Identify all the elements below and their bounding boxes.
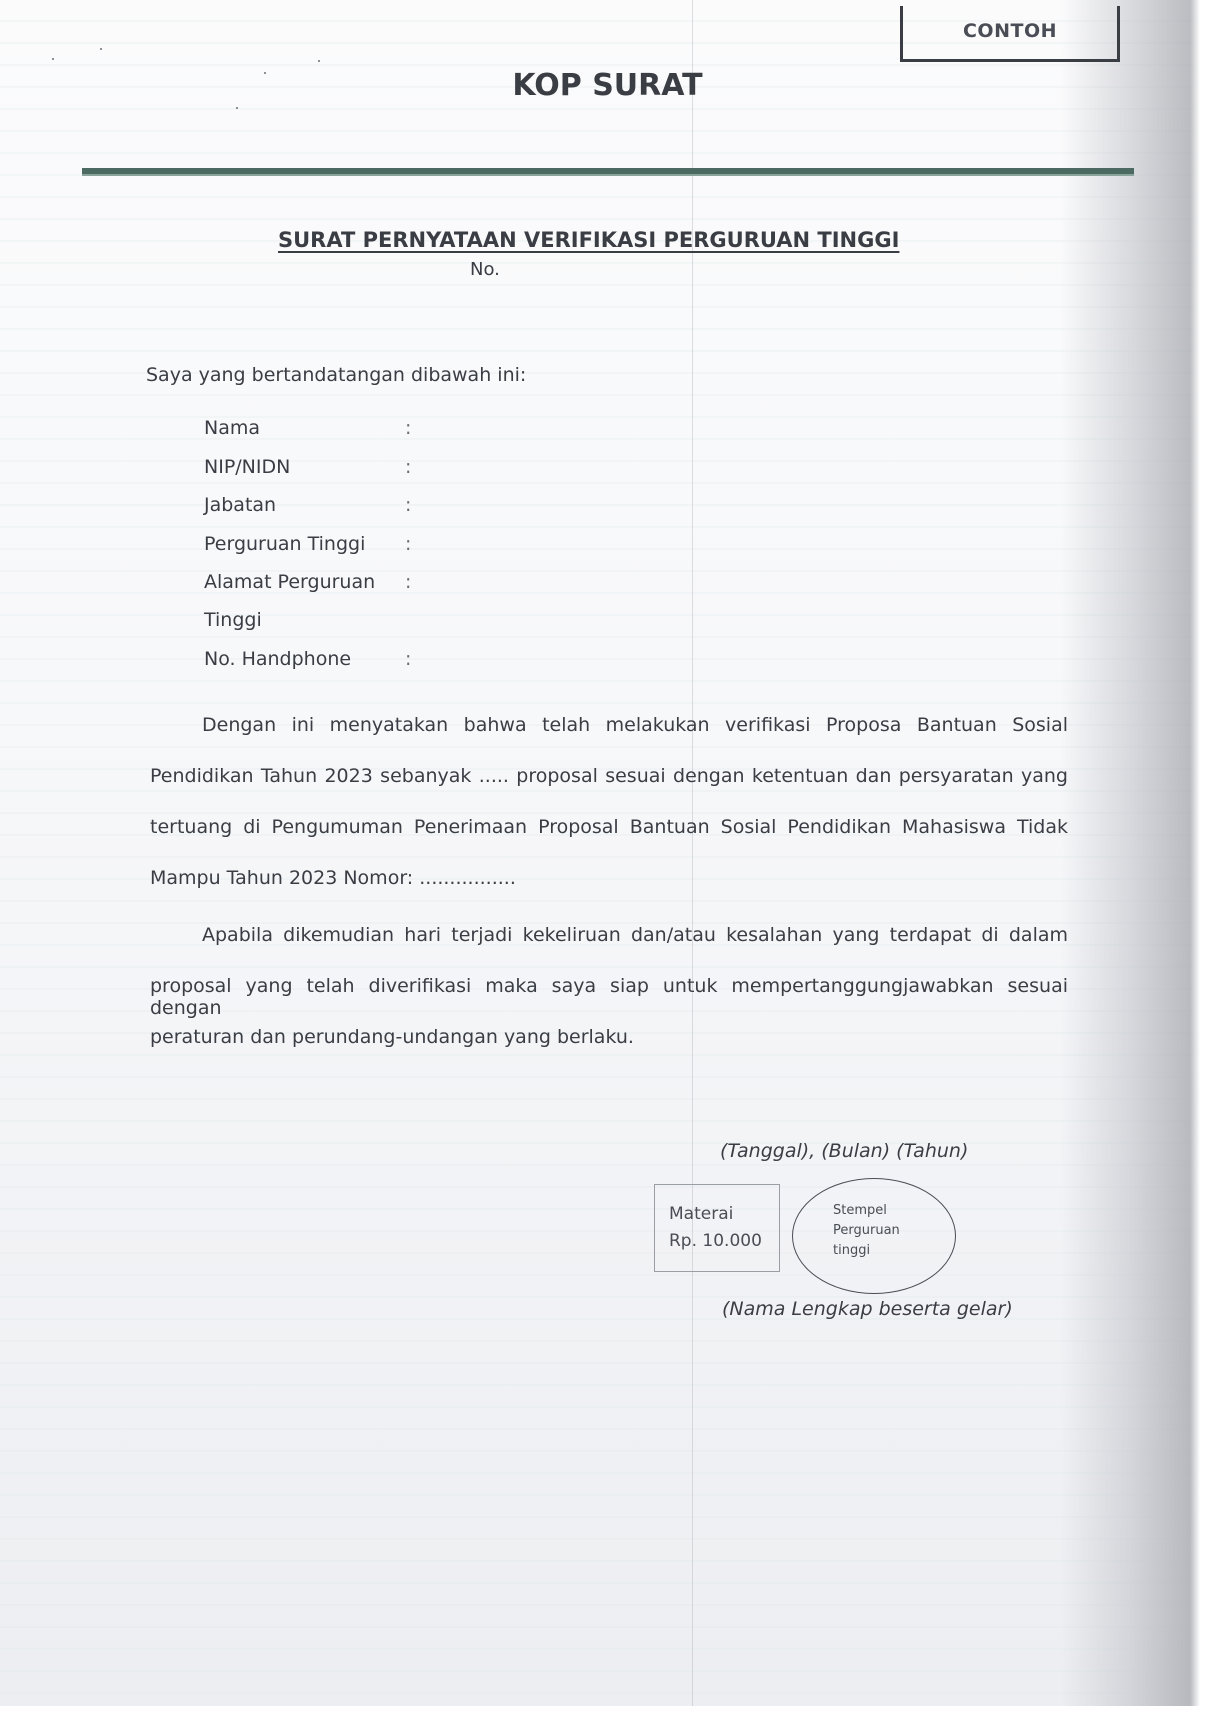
letterhead: KOP SURAT xyxy=(0,68,1215,103)
paragraph2-line: Apabila dikemudian hari terjadi kekeliru… xyxy=(202,924,1068,946)
field-label-alamat-perguruan: Alamat Perguruan xyxy=(204,571,375,593)
scan-speck xyxy=(236,107,238,109)
paragraph1-line: Pendidikan Tahun 2023 sebanyak ..... pro… xyxy=(150,765,1068,787)
field-separator: : xyxy=(405,571,411,593)
scan-bottom-edge xyxy=(0,1706,1215,1718)
field-label-jabatan: Jabatan xyxy=(204,494,276,516)
scan-speck xyxy=(318,60,320,62)
field-separator: : xyxy=(405,456,411,478)
letterhead-label: KOP SURAT xyxy=(512,68,702,103)
document-title: SURAT PERNYATAAN VERIFIKASI PERGURUAN TI… xyxy=(278,228,899,252)
scan-fold-line xyxy=(692,0,693,1718)
stamp-text: tinggi xyxy=(833,1243,870,1258)
scan-speck xyxy=(52,58,54,60)
letterhead-divider xyxy=(82,168,1134,176)
scanned-page xyxy=(0,0,1215,1718)
field-separator: : xyxy=(405,417,411,439)
field-label-alamat-perguruan-cont: Tinggi xyxy=(204,609,262,631)
field-separator: : xyxy=(405,648,411,670)
field-separator: : xyxy=(405,494,411,516)
signature-name-line: (Nama Lengkap beserta gelar) xyxy=(722,1298,1013,1320)
materai-stamp-box: Materai Rp. 10.000 xyxy=(654,1184,780,1272)
materai-label: Materai xyxy=(669,1204,733,1224)
field-separator: : xyxy=(405,533,411,555)
paragraph1-line: Dengan ini menyatakan bahwa telah melaku… xyxy=(202,714,1068,736)
intro-text: Saya yang bertandatangan dibawah ini: xyxy=(146,364,526,386)
field-label-no-handphone: No. Handphone xyxy=(204,648,351,670)
document-number-label: No. xyxy=(470,259,500,280)
stamp-text: Stempel xyxy=(833,1203,887,1218)
stamp-text: Perguruan xyxy=(833,1223,900,1238)
paragraph1-line: tertuang di Pengumuman Penerimaan Propos… xyxy=(150,816,1068,838)
field-label-nama: Nama xyxy=(204,417,260,439)
paragraph2-line: proposal yang telah diverifikasi maka sa… xyxy=(150,975,1068,1019)
paragraph1-line: Mampu Tahun 2023 Nomor: ................ xyxy=(150,867,1068,889)
scan-speck xyxy=(100,48,102,50)
materai-value: Rp. 10.000 xyxy=(669,1231,762,1251)
paragraph2-line: peraturan dan perundang-undangan yang be… xyxy=(150,1026,1068,1048)
sample-stamp-box: CONTOH xyxy=(900,6,1120,62)
field-label-nip-nidn: NIP/NIDN xyxy=(204,456,290,478)
sample-stamp-label: CONTOH xyxy=(903,20,1117,42)
institution-stamp-circle: Stempel Perguruan tinggi xyxy=(792,1178,956,1294)
field-label-perguruan-tinggi: Perguruan Tinggi xyxy=(204,533,365,555)
signature-date-line: (Tanggal), (Bulan) (Tahun) xyxy=(720,1140,968,1162)
